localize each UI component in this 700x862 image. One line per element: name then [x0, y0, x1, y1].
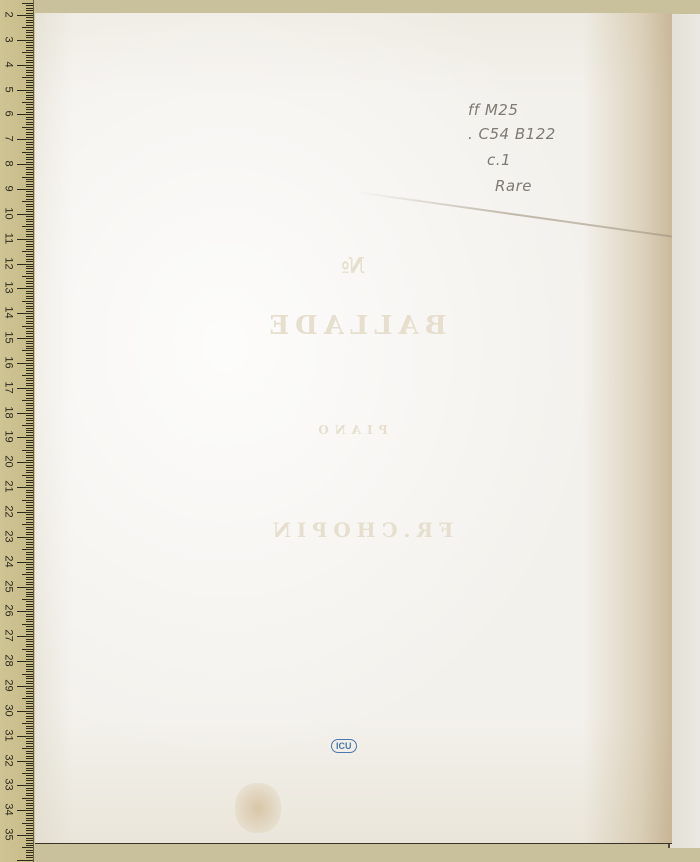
ruler-tick — [26, 477, 33, 478]
ruler-tick — [17, 65, 33, 66]
ruler-tick — [26, 579, 33, 580]
ruler-tick — [26, 281, 33, 282]
ruler-tick — [26, 482, 33, 483]
ruler-tick — [26, 318, 33, 319]
ruler-tick — [26, 519, 33, 520]
ruler-tick — [26, 790, 33, 791]
ruler-tick — [26, 703, 33, 704]
ghost-ornament: № — [320, 253, 380, 279]
ruler-tick — [26, 559, 33, 560]
ruler-tick — [26, 308, 33, 309]
ruler-tick — [26, 47, 33, 48]
ruler-tick — [26, 795, 33, 796]
document-page: ff M25 . C54 B122 c.1 Rare № BALLADE PIA… — [35, 13, 672, 843]
ruler-tick — [26, 360, 33, 361]
ruler-tick — [26, 544, 33, 545]
ruler-label: 18 — [3, 405, 14, 419]
ruler-tick — [26, 808, 33, 809]
ruler-tick — [26, 343, 33, 344]
ruler-label: 19 — [3, 430, 14, 444]
ruler-tick — [26, 706, 33, 707]
ruler-tick — [26, 569, 33, 570]
ruler-tick — [26, 708, 33, 709]
ruler-tick — [26, 137, 33, 138]
ruler-tick — [26, 236, 33, 237]
ruler-tick — [26, 656, 33, 657]
ruler-tick — [26, 246, 33, 247]
ruler-tick — [26, 410, 33, 411]
ruler-tick — [22, 127, 33, 128]
library-stamp: ICU — [331, 739, 357, 753]
ruler-label: 25 — [3, 579, 14, 593]
ruler-tick — [26, 788, 33, 789]
ruler-tick — [26, 25, 33, 26]
ruler-label: 24 — [3, 554, 14, 568]
ruler-label: 31 — [3, 728, 14, 742]
ruler-tick — [17, 562, 33, 563]
ruler-tick — [26, 346, 33, 347]
ruler-tick — [26, 843, 33, 844]
ruler-tick — [26, 502, 33, 503]
ruler-label: 6 — [3, 107, 14, 121]
ruler-tick — [26, 92, 33, 93]
call-number-line-4: Rare — [495, 177, 532, 195]
ruler-tick — [26, 529, 33, 530]
ruler-label: 5 — [3, 82, 14, 96]
ruler-tick — [26, 696, 33, 697]
ruler-tick — [26, 534, 33, 535]
ruler-tick — [26, 678, 33, 679]
ruler-label: 8 — [3, 157, 14, 171]
ruler-tick — [26, 221, 33, 222]
ruler-tick — [26, 321, 33, 322]
ruler-label: 7 — [3, 132, 14, 146]
ruler-tick — [26, 134, 33, 135]
ruler-tick — [22, 276, 33, 277]
ruler-tick — [26, 594, 33, 595]
ruler-tick — [26, 783, 33, 784]
ruler-tick — [26, 95, 33, 96]
ruler-tick — [26, 55, 33, 56]
ruler-label: 26 — [3, 604, 14, 618]
ruler-tick — [26, 671, 33, 672]
ruler-tick — [26, 159, 33, 160]
ruler-tick — [26, 564, 33, 565]
ruler-tick — [17, 264, 33, 265]
ghost-subtitle: PIANO — [300, 423, 400, 437]
ruler-tick — [26, 532, 33, 533]
ruler-label: 33 — [3, 778, 14, 792]
ruler-tick — [26, 420, 33, 421]
ruler-tick — [26, 542, 33, 543]
ruler-tick — [26, 423, 33, 424]
ruler-tick — [22, 475, 33, 476]
ruler-tick — [26, 67, 33, 68]
ruler-tick — [26, 601, 33, 602]
ruler-tick — [26, 619, 33, 620]
ruler-tick — [17, 512, 33, 513]
ruler-tick — [17, 214, 33, 215]
ruler-tick — [26, 592, 33, 593]
ruler-tick — [26, 10, 33, 11]
ruler-tick — [26, 793, 33, 794]
ruler-tick — [26, 256, 33, 257]
ruler-tick — [26, 149, 33, 150]
ruler-tick — [17, 338, 33, 339]
ruler-tick — [26, 758, 33, 759]
ruler-tick — [26, 616, 33, 617]
ruler-tick — [22, 847, 33, 848]
ruler-tick — [26, 162, 33, 163]
ruler-tick — [26, 606, 33, 607]
ruler-tick — [26, 659, 33, 660]
ruler-tick — [26, 805, 33, 806]
ruler-tick — [26, 495, 33, 496]
ruler-tick — [26, 259, 33, 260]
ruler-tick — [22, 400, 33, 401]
ruler-tick — [22, 748, 33, 749]
ruler-tick — [26, 333, 33, 334]
ruler-tick — [26, 219, 33, 220]
ruler-tick — [17, 537, 33, 538]
ruler-tick — [26, 833, 33, 834]
ruler-tick — [26, 572, 33, 573]
ruler-tick — [26, 117, 33, 118]
ruler-tick — [26, 746, 33, 747]
ruler-tick — [22, 549, 33, 550]
ruler-tick — [26, 20, 33, 21]
ruler-tick — [17, 711, 33, 712]
ruler-tick — [26, 104, 33, 105]
ruler-tick — [26, 17, 33, 18]
ruler-tick — [26, 303, 33, 304]
ruler-tick — [26, 780, 33, 781]
ruler-tick — [26, 211, 33, 212]
ruler-label: 23 — [3, 529, 14, 543]
ruler-tick — [17, 487, 33, 488]
ruler-tick — [22, 326, 33, 327]
ruler-tick — [26, 107, 33, 108]
ruler-tick — [26, 589, 33, 590]
ruler-tick — [26, 517, 33, 518]
ruler-label: 30 — [3, 703, 14, 717]
ruler-tick — [26, 169, 33, 170]
ruler-tick — [26, 144, 33, 145]
ruler-tick — [26, 5, 33, 6]
ruler-tick — [26, 298, 33, 299]
ruler-tick — [26, 803, 33, 804]
ruler-tick — [26, 403, 33, 404]
ruler-tick — [22, 500, 33, 501]
call-number-line-1: ff M25 — [468, 101, 518, 119]
ruler-tick — [26, 741, 33, 742]
ruler-tick — [26, 455, 33, 456]
ruler-tick — [26, 393, 33, 394]
ruler-tick — [26, 132, 33, 133]
ruler-tick — [26, 666, 33, 667]
ruler-tick — [26, 204, 33, 205]
ruler-tick — [26, 316, 33, 317]
ruler-tick — [26, 336, 33, 337]
ruler-tick — [17, 462, 33, 463]
ruler-tick — [26, 820, 33, 821]
call-number-line-2: . C54 B122 — [468, 125, 556, 143]
ruler-tick — [26, 142, 33, 143]
ruler-label: 12 — [3, 256, 14, 270]
ruler-tick — [17, 587, 33, 588]
ruler-tick — [26, 390, 33, 391]
ruler-tick — [26, 728, 33, 729]
ruler-tick — [26, 341, 33, 342]
ruler-tick — [17, 413, 33, 414]
ruler-label: 29 — [3, 678, 14, 692]
ruler-tick — [26, 224, 33, 225]
ruler-tick — [26, 35, 33, 36]
ruler-tick — [17, 15, 33, 16]
ruler-tick — [17, 40, 33, 41]
ruler-tick — [26, 408, 33, 409]
ruler-tick — [26, 194, 33, 195]
ruler-tick — [26, 584, 33, 585]
ruler-tick — [26, 244, 33, 245]
ruler-tick — [22, 624, 33, 625]
ruler-tick — [26, 172, 33, 173]
ruler-tick — [26, 405, 33, 406]
ruler-tick — [26, 818, 33, 819]
ruler-tick — [26, 457, 33, 458]
ruler-tick — [26, 614, 33, 615]
ruler-tick — [26, 368, 33, 369]
ruler-tick — [17, 139, 33, 140]
ruler-tick — [26, 539, 33, 540]
ruler-tick — [26, 683, 33, 684]
ruler-tick — [26, 778, 33, 779]
ruler-tick — [26, 99, 33, 100]
ruler-tick — [26, 631, 33, 632]
ruler-tick — [22, 102, 33, 103]
ruler-tick — [26, 395, 33, 396]
ruler-tick — [26, 480, 33, 481]
ruler-label: 2 — [3, 8, 14, 22]
ruler-tick — [26, 355, 33, 356]
ruler-tick — [22, 177, 33, 178]
ruler-tick — [26, 415, 33, 416]
ruler-tick — [26, 75, 33, 76]
ruler-tick — [17, 239, 33, 240]
ruler-label: 13 — [3, 281, 14, 295]
ruler-tick — [26, 229, 33, 230]
ruler-tick — [17, 661, 33, 662]
ruler-tick — [26, 373, 33, 374]
ruler-tick — [22, 524, 33, 525]
ruler-tick — [26, 838, 33, 839]
ruler-tick — [26, 467, 33, 468]
ruler-tick — [17, 90, 33, 91]
ruler-tick — [26, 186, 33, 187]
ruler-tick — [26, 278, 33, 279]
ruler-label: 27 — [3, 629, 14, 643]
ruler-tick — [22, 450, 33, 451]
ruler-tick — [22, 350, 33, 351]
ruler-tick — [26, 567, 33, 568]
ruler-label: 28 — [3, 654, 14, 668]
ruler-tick — [26, 435, 33, 436]
ruler-tick — [26, 850, 33, 851]
ruler-tick — [26, 442, 33, 443]
ruler-tick — [26, 731, 33, 732]
ruler-tick — [26, 641, 33, 642]
ruler-tick — [26, 254, 33, 255]
ruler-tick — [26, 348, 33, 349]
ruler-tick — [17, 363, 33, 364]
ruler-tick — [26, 124, 33, 125]
ruler-tick — [26, 604, 33, 605]
ruler-tick — [26, 380, 33, 381]
ruler-tick — [17, 388, 33, 389]
ruler-tick — [26, 445, 33, 446]
ruler-label: 22 — [3, 505, 14, 519]
ruler-tick — [26, 199, 33, 200]
ruler-tick — [17, 736, 33, 737]
ruler-tick — [26, 770, 33, 771]
ruler-label: 20 — [3, 455, 14, 469]
ruler-tick — [22, 425, 33, 426]
ruler-tick — [26, 693, 33, 694]
ruler-tick — [22, 27, 33, 28]
ruler-tick — [26, 157, 33, 158]
ruler-tick — [26, 184, 33, 185]
ruler-tick — [17, 164, 33, 165]
ruler-tick — [26, 378, 33, 379]
ruler-label: 35 — [3, 828, 14, 842]
ruler-tick — [22, 649, 33, 650]
ruler-tick — [26, 721, 33, 722]
ruler-tick — [22, 152, 33, 153]
ruler-tick — [26, 651, 33, 652]
ruler-tick — [26, 97, 33, 98]
ruler-tick — [17, 860, 33, 861]
ruler-label: 10 — [3, 206, 14, 220]
ruler-tick — [17, 114, 33, 115]
ghost-title: BALLADE — [250, 311, 460, 341]
ruler-tick — [26, 206, 33, 207]
ruler-tick — [22, 723, 33, 724]
ruler-tick — [26, 328, 33, 329]
ruler-tick — [26, 840, 33, 841]
ruler-tick — [26, 323, 33, 324]
ruler-tick — [26, 688, 33, 689]
ruler-label: 9 — [3, 181, 14, 195]
ruler-tick — [26, 845, 33, 846]
ruler-label: 17 — [3, 380, 14, 394]
ruler-tick — [26, 763, 33, 764]
ruler-tick — [26, 147, 33, 148]
ruler-tick — [26, 22, 33, 23]
ruler-tick — [26, 470, 33, 471]
ruler-tick — [26, 557, 33, 558]
ruler-tick — [26, 8, 33, 9]
ruler-tick — [26, 654, 33, 655]
ruler-label: 15 — [3, 331, 14, 345]
ruler-tick — [26, 271, 33, 272]
ruler-tick — [26, 112, 33, 113]
ruler-tick — [22, 773, 33, 774]
ruler-tick — [26, 800, 33, 801]
ruler-tick — [26, 196, 33, 197]
ruler-label: 14 — [3, 306, 14, 320]
ruler-tick — [17, 761, 33, 762]
ruler-tick — [26, 365, 33, 366]
ruler-tick — [26, 691, 33, 692]
ruler-tick — [22, 77, 33, 78]
ruler-tick — [26, 716, 33, 717]
ruler-tick — [26, 460, 33, 461]
ruler-tick — [26, 353, 33, 354]
ruler-tick — [26, 644, 33, 645]
ruler-tick — [26, 62, 33, 63]
ruler-tick — [26, 465, 33, 466]
ruler-tick — [26, 676, 33, 677]
ruler-tick — [26, 514, 33, 515]
ruler-tick — [26, 122, 33, 123]
ruler-label: 3 — [3, 32, 14, 46]
ruler-tick — [26, 522, 33, 523]
ruler-label: 21 — [3, 480, 14, 494]
ruler-tick — [26, 82, 33, 83]
ruler-tick — [26, 266, 33, 267]
ruler-tick — [26, 261, 33, 262]
ruler-tick — [26, 85, 33, 86]
ruler-tick — [26, 174, 33, 175]
ruler-tick — [26, 554, 33, 555]
ruler-tick — [26, 129, 33, 130]
ruler-tick — [26, 855, 33, 856]
ruler-tick — [26, 681, 33, 682]
ruler-tick — [17, 636, 33, 637]
ruler-label: 11 — [3, 231, 14, 245]
ruler-tick — [26, 109, 33, 110]
ruler-tick — [17, 313, 33, 314]
ruler-label: 32 — [3, 753, 14, 767]
ruler-tick — [26, 646, 33, 647]
ruler-tick — [26, 37, 33, 38]
ruler-tick — [26, 167, 33, 168]
ruler-tick — [26, 30, 33, 31]
ruler-tick — [22, 698, 33, 699]
ruler-tick — [17, 686, 33, 687]
ruler-tick — [26, 385, 33, 386]
ruler-tick — [22, 251, 33, 252]
ruler-tick — [17, 810, 33, 811]
ruler-tick — [26, 216, 33, 217]
ruler-tick — [26, 490, 33, 491]
ruler-tick — [26, 72, 33, 73]
ruler-tick — [26, 857, 33, 858]
ruler-tick — [26, 57, 33, 58]
ruler-tick — [26, 440, 33, 441]
ruler-tick — [26, 669, 33, 670]
ruler-tick — [26, 825, 33, 826]
ruler-tick — [26, 485, 33, 486]
ruler-tick — [26, 191, 33, 192]
measuring-ruler: 2345678910111213141516171819202122232425… — [0, 0, 34, 862]
ruler-tick — [26, 629, 33, 630]
ruler-tick — [26, 241, 33, 242]
ruler-tick — [26, 452, 33, 453]
ruler-tick — [17, 288, 33, 289]
ruler-tick — [26, 505, 33, 506]
ruler-tick — [22, 301, 33, 302]
